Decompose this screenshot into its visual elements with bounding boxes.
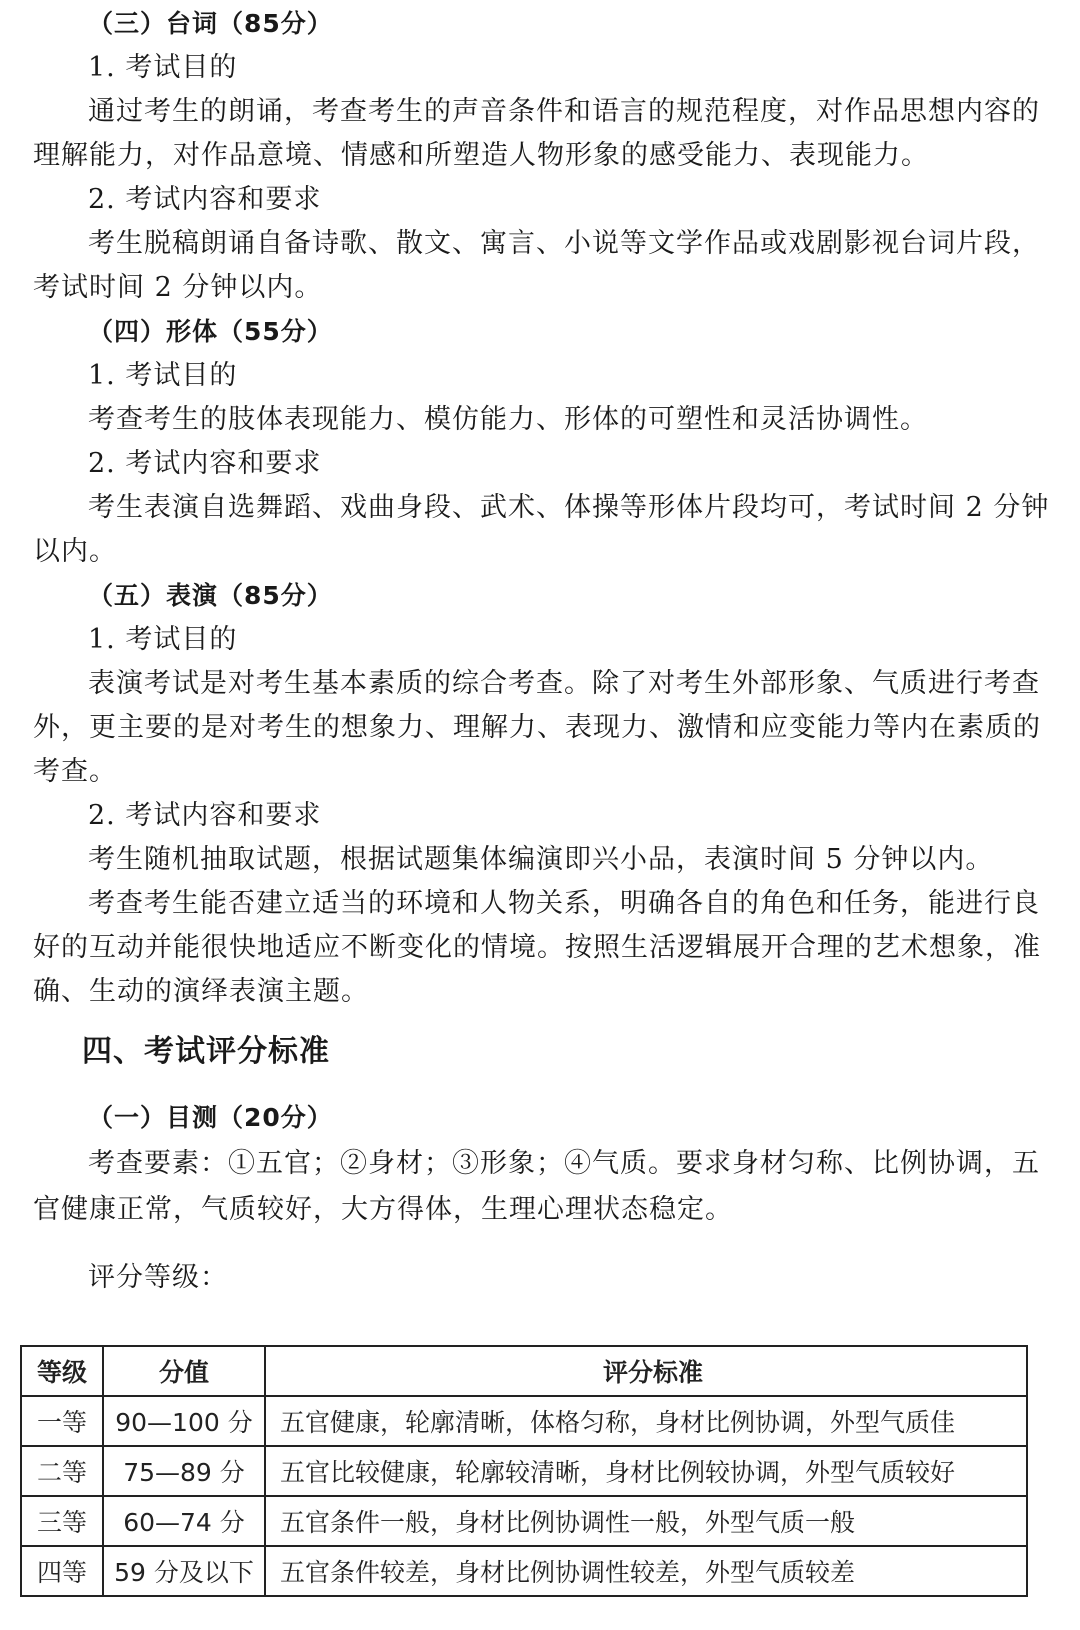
paragraph-line: 外，更主要的是对考生的想象力、理解力、表现力、激情和应变能力等内在素质的	[33, 708, 1023, 748]
paragraph-line: 考试时间 2 分钟以内。	[33, 268, 322, 308]
section-heading: （四）形体（55分）	[88, 312, 333, 352]
table-row: 三等 60—74 分 五官条件一般，身材比例协调性一般，外型气质一般	[21, 1496, 1027, 1546]
paragraph-line: 通过考生的朗诵，考查考生的声音条件和语言的规范程度，对作品思想内容的	[88, 92, 1023, 132]
grading-table: 等级 分值 评分标准 一等 90—100 分 五官健康，轮廓清晰，体格匀称，身材…	[20, 1345, 1028, 1597]
paragraph-line: 理解能力，对作品意境、情感和所塑造人物形象的感受能力、表现能力。	[33, 136, 929, 176]
header-cell: 评分标准	[265, 1346, 1027, 1396]
paragraph-line: 考查。	[33, 752, 117, 792]
chapter-title: 四、考试评分标准	[82, 1032, 330, 1072]
cell-criteria: 五官比较健康，轮廓较清晰，身材比例较协调，外型气质较好	[265, 1446, 1027, 1496]
paragraph-line: 好的互动并能很快地适应不断变化的情境。按照生活逻辑展开合理的艺术想象，准	[33, 928, 1023, 968]
grade-label: 评分等级：	[88, 1258, 228, 1298]
cell-grade: 二等	[21, 1446, 103, 1496]
section-heading: （一）目测（20分）	[88, 1098, 333, 1138]
table-row: 四等 59 分及以下 五官条件较差，身材比例协调性较差，外型气质较差	[21, 1546, 1027, 1596]
paragraph-line: 官健康正常，气质较好，大方得体，生理心理状态稳定。	[33, 1190, 733, 1230]
cell-criteria: 五官健康，轮廓清晰，体格匀称，身材比例协调，外型气质佳	[265, 1396, 1027, 1446]
paragraph-line: 考查考生能否建立适当的环境和人物关系，明确各自的角色和任务，能进行良	[88, 884, 1023, 924]
item-label: 1. 考试目的	[88, 48, 237, 88]
cell-grade: 四等	[21, 1546, 103, 1596]
item-label: 2. 考试内容和要求	[88, 180, 321, 220]
cell-score: 59 分及以下	[103, 1546, 265, 1596]
item-label: 2. 考试内容和要求	[88, 444, 321, 484]
paragraph-line: 考生脱稿朗诵自备诗歌、散文、寓言、小说等文学作品或戏剧影视台词片段，	[88, 224, 1023, 264]
table-header-row: 等级 分值 评分标准	[21, 1346, 1027, 1396]
paragraph-line: 考查要素：①五官；②身材；③形象；④气质。要求身材匀称、比例协调，五	[88, 1144, 1023, 1184]
cell-criteria: 五官条件较差，身材比例协调性较差，外型气质较差	[265, 1546, 1027, 1596]
item-label: 1. 考试目的	[88, 620, 237, 660]
section-heading: （五）表演（85分）	[88, 576, 333, 616]
paragraph-line: 考查考生的肢体表现能力、模仿能力、形体的可塑性和灵活协调性。	[88, 400, 928, 440]
paragraph-line: 表演考试是对考生基本素质的综合考查。除了对考生外部形象、气质进行考查	[88, 664, 1023, 704]
header-cell: 分值	[103, 1346, 265, 1396]
item-label: 2. 考试内容和要求	[88, 796, 321, 836]
paragraph-line: 考生随机抽取试题，根据试题集体编演即兴小品，表演时间 5 分钟以内。	[88, 840, 993, 880]
cell-score: 90—100 分	[103, 1396, 265, 1446]
cell-criteria: 五官条件一般，身材比例协调性一般，外型气质一般	[265, 1496, 1027, 1546]
paragraph-line: 确、生动的演绎表演主题。	[33, 972, 369, 1012]
paragraph-line: 考生表演自选舞蹈、戏曲身段、武术、体操等形体片段均可，考试时间 2 分钟	[88, 488, 1023, 528]
cell-grade: 一等	[21, 1396, 103, 1446]
table-row: 二等 75—89 分 五官比较健康，轮廓较清晰，身材比例较协调，外型气质较好	[21, 1446, 1027, 1496]
section-heading: （三）台词（85分）	[88, 4, 333, 44]
paragraph-line: 以内。	[33, 532, 117, 572]
cell-score: 60—74 分	[103, 1496, 265, 1546]
item-label: 1. 考试目的	[88, 356, 237, 396]
cell-score: 75—89 分	[103, 1446, 265, 1496]
header-cell: 等级	[21, 1346, 103, 1396]
table-row: 一等 90—100 分 五官健康，轮廓清晰，体格匀称，身材比例协调，外型气质佳	[21, 1396, 1027, 1446]
cell-grade: 三等	[21, 1496, 103, 1546]
